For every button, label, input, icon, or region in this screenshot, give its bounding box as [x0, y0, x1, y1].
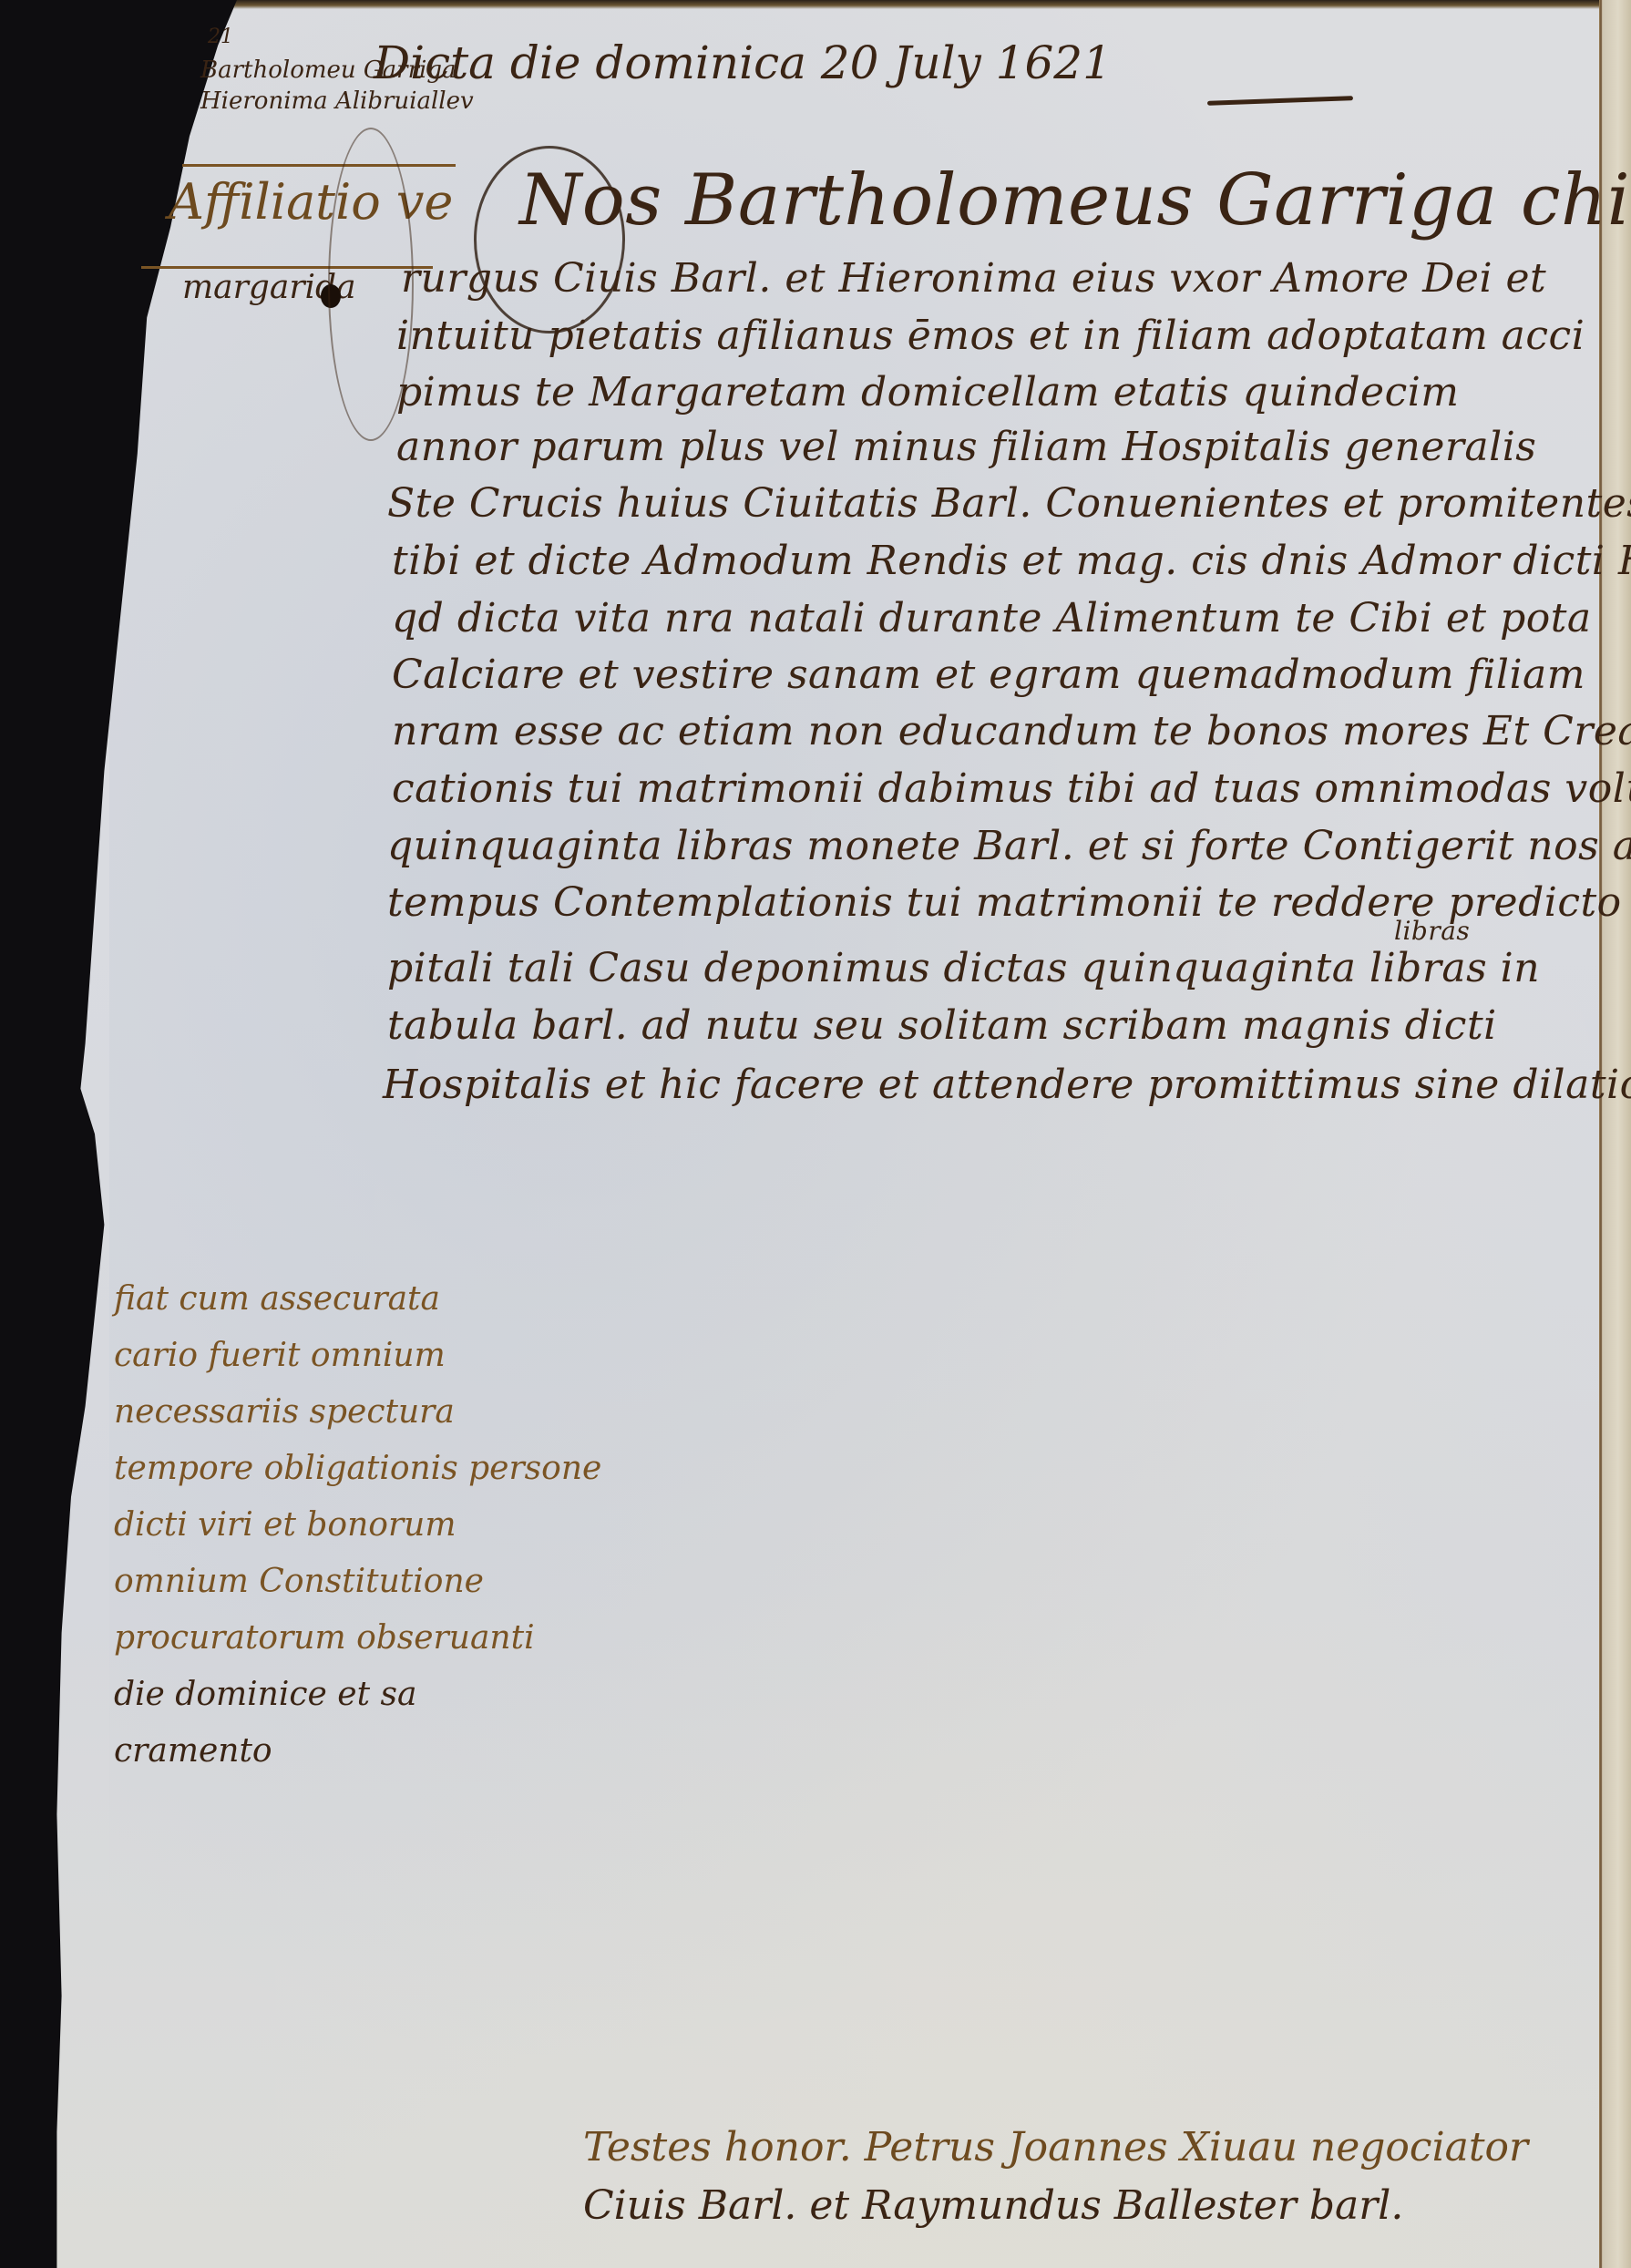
folio-mark: 21: [208, 26, 233, 48]
side-note-line-1: fiat cum assecurata: [114, 1271, 601, 1328]
witness-line-1: Testes honor. Petrus Joannes Xiuau negoc…: [583, 2119, 1528, 2177]
body-line-2: rurgus Ciuis Barl. et Hieronima eius vxo…: [401, 255, 1546, 302]
body-line-12: quinquaginta libras monete Barl. et si f…: [387, 823, 1631, 869]
body-line-10: nram esse ac etiam non educandum te bono…: [392, 708, 1631, 754]
witness-block: Testes honor. Petrus Joannes Xiuau negoc…: [583, 2119, 1528, 2235]
side-note-line-7: procuratorum obseruanti: [114, 1610, 601, 1667]
body-line-14: pitali tali Casu deponimus dictas quinqu…: [387, 945, 1540, 991]
margin-side-note: fiat cum assecurata cario fuerit omnium …: [114, 1271, 601, 1780]
page-top-edge: [210, 0, 1604, 9]
witness-line-2: Ciuis Barl. et Raymundus Ballester barl.: [583, 2177, 1528, 2235]
body-line-16: Hospitalis et hic facere et attendere pr…: [383, 1062, 1631, 1108]
body-line-1: Nos Bartholomeus Garriga chi: [519, 159, 1630, 241]
body-line-3: intuitu pietatis afilianus ēmos et in fi…: [396, 313, 1585, 359]
body-line-9: Calciare et vestire sanam et egram quema…: [392, 652, 1585, 698]
body-line-8: qd dicta vita nra natali durante Aliment…: [392, 595, 1592, 641]
side-note-line-2: cario fuerit omnium: [114, 1328, 601, 1384]
side-note-line-8: die dominice et sa: [114, 1667, 601, 1723]
margin-rule-top: [182, 164, 456, 167]
binding-gutter: [1599, 0, 1631, 2268]
body-line-11: cationis tui matrimonii dabimus tibi ad …: [392, 765, 1631, 812]
body-line-7: tibi et dicte Admodum Rendis et mag. cis…: [392, 538, 1631, 584]
side-note-line-9: cramento: [114, 1723, 601, 1780]
body-line-4: pimus te Margaretam domicellam etatis qu…: [396, 369, 1460, 416]
side-note-line-6: omnium Constitutione: [114, 1554, 601, 1610]
interlinear-insert: libras: [1394, 916, 1470, 946]
body-line-5: annor parum plus vel minus filiam Hospit…: [396, 424, 1536, 470]
gutter-line: [1600, 0, 1602, 2268]
body-line-6: Ste Crucis huius Ciuitatis Barl. Conueni…: [387, 480, 1631, 527]
margin-title: Affiliatio ve: [169, 173, 453, 231]
body-line-15: tabula barl. ad nutu seu solitam scribam…: [387, 1002, 1497, 1049]
document-heading: Dicta die dominica 20 July 1621: [374, 36, 1112, 89]
side-note-line-5: dicti viri et bonorum: [114, 1497, 601, 1554]
margin-name-2: Hieronima Alibruiallev: [200, 86, 474, 117]
side-note-line-3: necessariis spectura: [114, 1384, 601, 1441]
side-note-line-4: tempore obligationis persone: [114, 1441, 601, 1497]
